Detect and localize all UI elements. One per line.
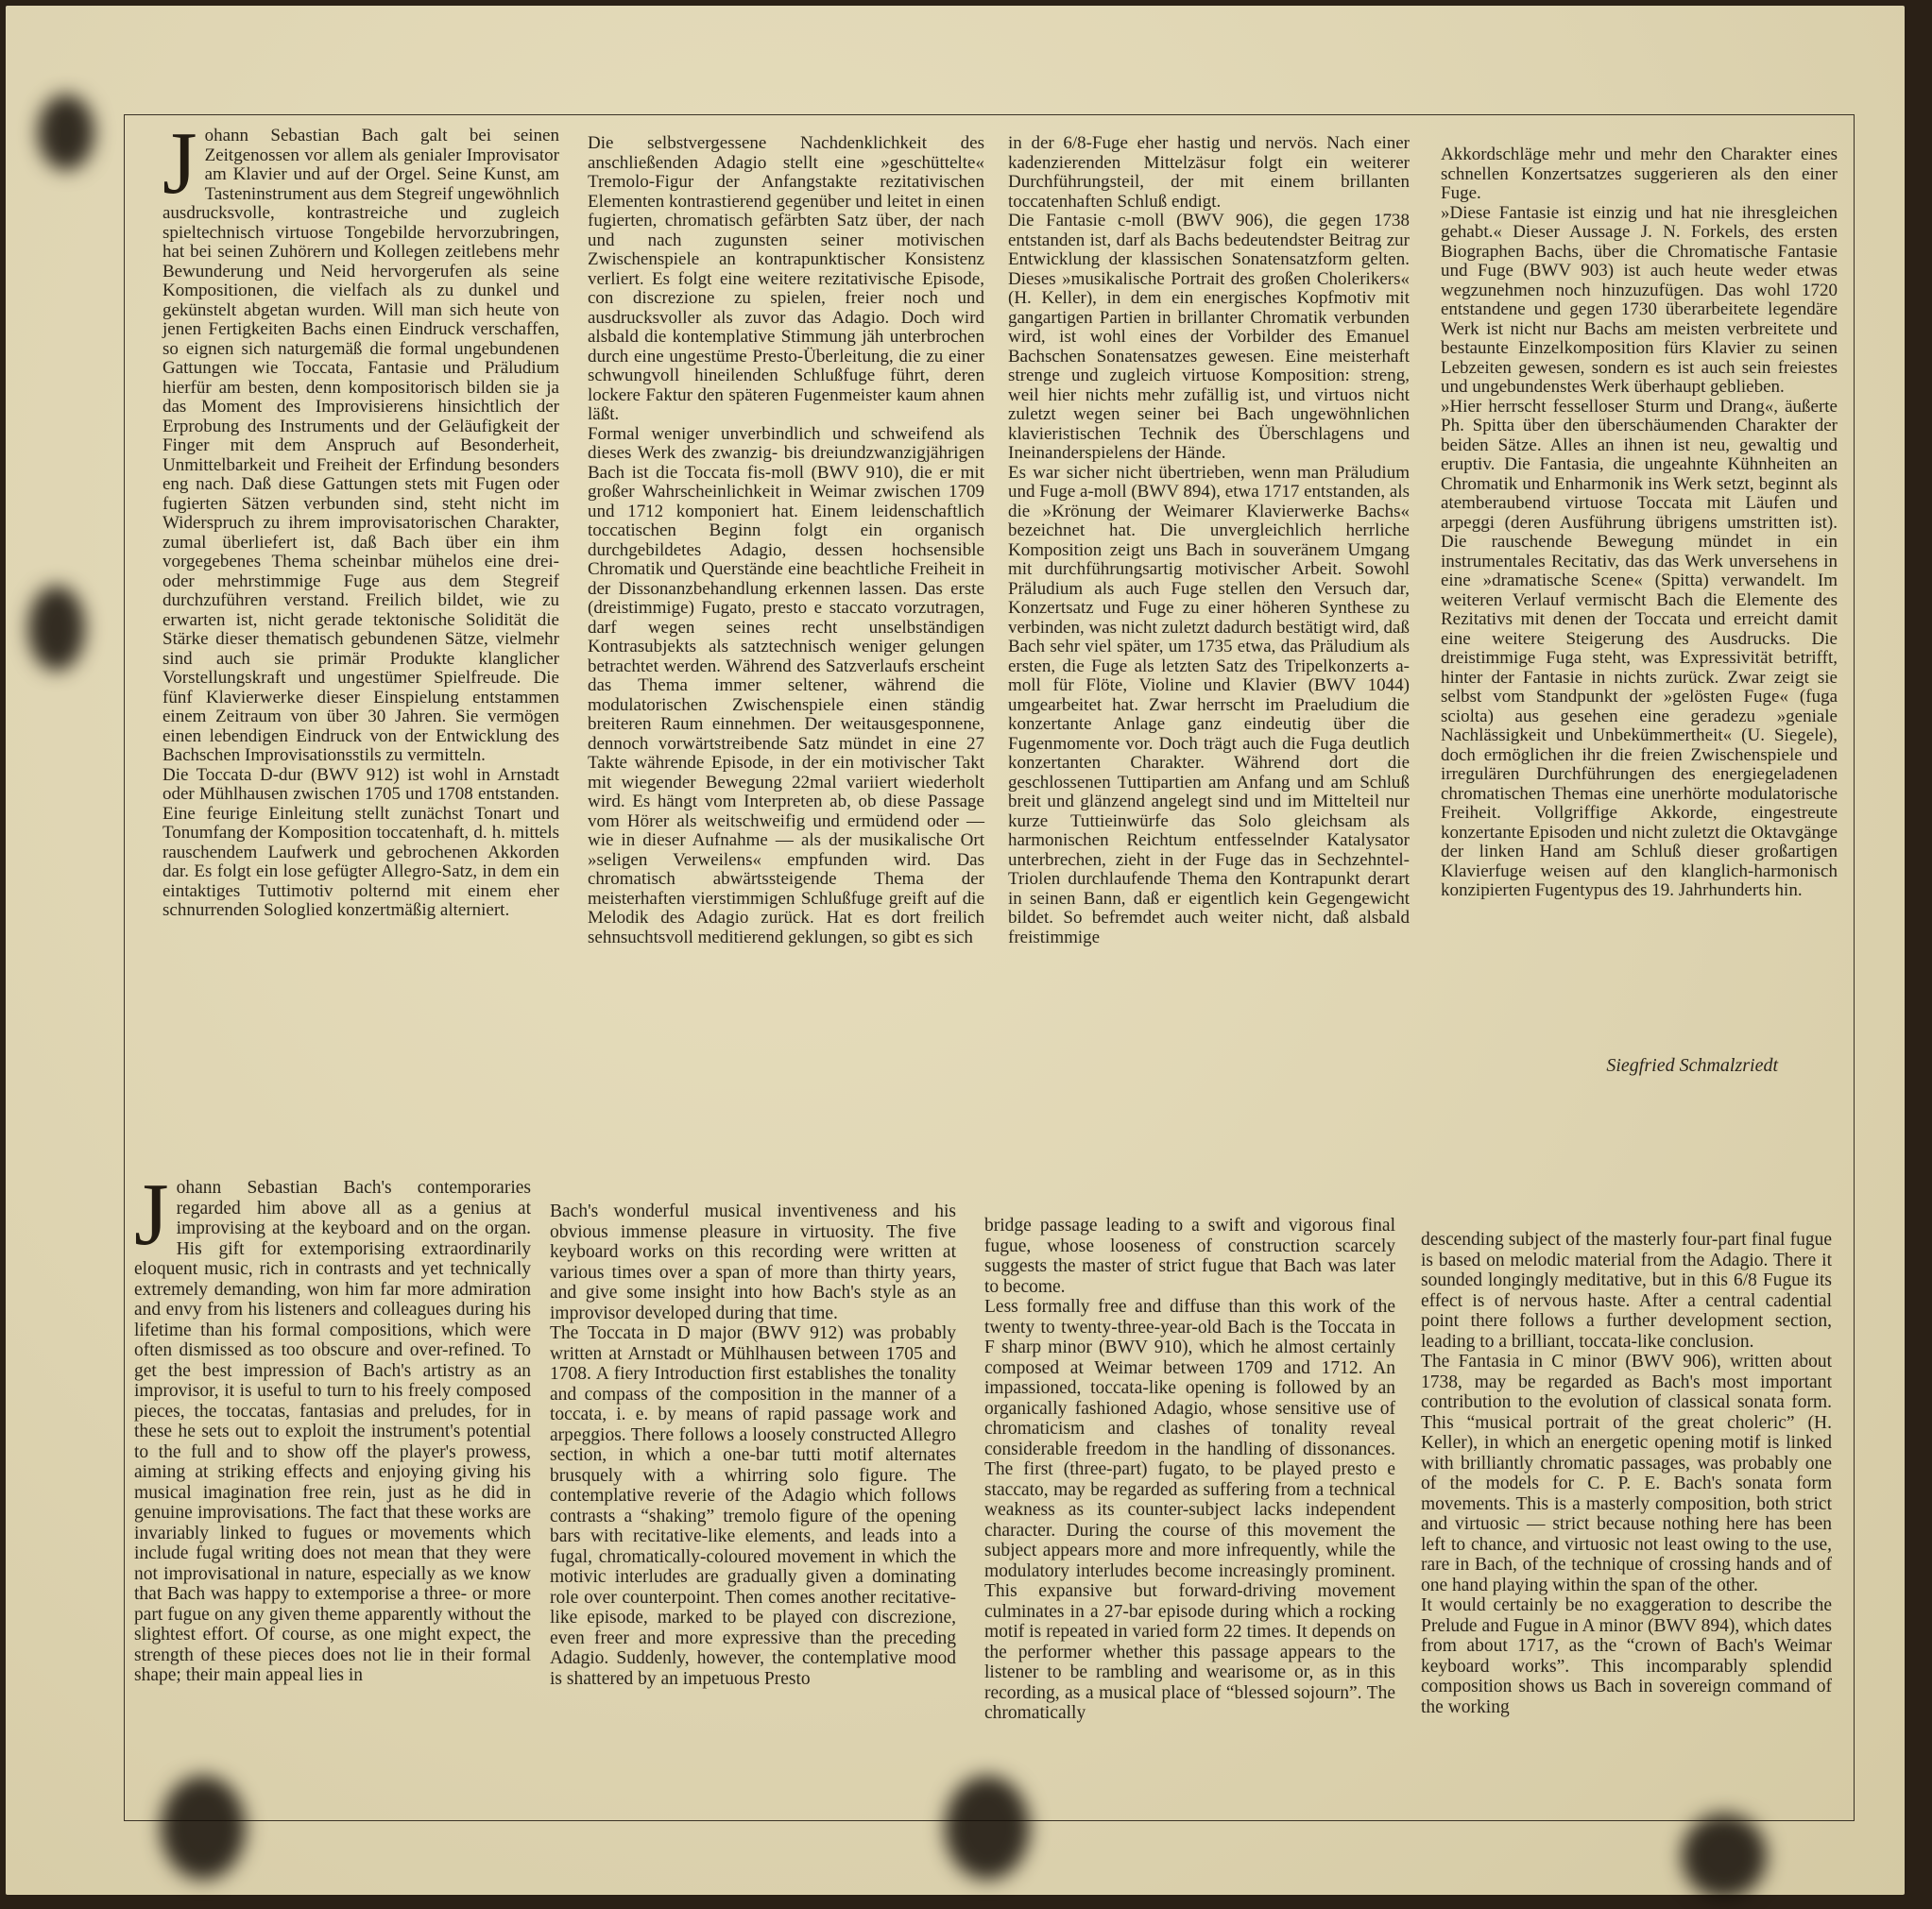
german-column-2: Die selbstvergessene Nachdenklichkeit de… bbox=[588, 134, 984, 947]
paragraph: Bach's wonderful musical inventiveness a… bbox=[550, 1202, 956, 1323]
paragraph: The Fantasia in C minor (BWV 906), writt… bbox=[1421, 1352, 1832, 1595]
paragraph: bridge passage leading to a swift and vi… bbox=[984, 1216, 1395, 1297]
english-column-3: bridge passage leading to a swift and vi… bbox=[984, 1216, 1395, 1724]
author-signature: Siegfried Schmalzriedt bbox=[1606, 1055, 1778, 1077]
clip-shadow bbox=[945, 1776, 1030, 1880]
paragraph: Es war sicher nicht übertrieben, wenn ma… bbox=[1008, 464, 1410, 948]
paragraph: »Hier herrscht fesselloser Sturm und Dra… bbox=[1441, 398, 1838, 901]
paragraph: Die Fantasie c-moll (BWV 906), die gegen… bbox=[1008, 212, 1410, 464]
paragraph: Formal weniger unverbindlich und schweif… bbox=[588, 425, 984, 948]
paragraph: Johann Sebastian Bach's contemporaries r… bbox=[134, 1178, 531, 1686]
english-column-2: Bach's wonderful musical inventiveness a… bbox=[550, 1202, 956, 1689]
drop-cap: J bbox=[134, 1180, 169, 1250]
paragraph: Die selbstvergessene Nachdenklichkeit de… bbox=[588, 134, 984, 425]
clip-shadow bbox=[38, 94, 94, 170]
clip-shadow bbox=[1682, 1814, 1767, 1899]
german-column-4: Akkordschläge mehr und mehr den Charakte… bbox=[1441, 145, 1838, 901]
paragraph: descending subject of the masterly four-… bbox=[1421, 1230, 1832, 1352]
english-column-1: Johann Sebastian Bach's contemporaries r… bbox=[134, 1178, 531, 1686]
paragraph: Die Toccata D-dur (BWV 912) ist wohl in … bbox=[162, 766, 559, 921]
paragraph: The Toccata in D major (BWV 912) was pro… bbox=[550, 1323, 956, 1689]
german-column-1: Johann Sebastian Bach galt bei seinen Ze… bbox=[162, 127, 559, 921]
liner-notes-frame: Johann Sebastian Bach galt bei seinen Ze… bbox=[124, 114, 1855, 1821]
clip-shadow bbox=[28, 586, 85, 671]
record-sleeve-back: Johann Sebastian Bach galt bei seinen Ze… bbox=[6, 6, 1905, 1895]
english-column-4: descending subject of the masterly four-… bbox=[1421, 1230, 1832, 1717]
german-column-3: in der 6/8-Fuge eher hastig und nervös. … bbox=[1008, 134, 1410, 947]
clip-shadow bbox=[161, 1776, 246, 1880]
paragraph: »Diese Fantasie ist einzig und hat nie i… bbox=[1441, 204, 1838, 398]
paragraph: Johann Sebastian Bach galt bei seinen Ze… bbox=[162, 127, 559, 766]
paragraph: Akkordschläge mehr und mehr den Charakte… bbox=[1441, 145, 1838, 204]
paragraph: in der 6/8-Fuge eher hastig und nervös. … bbox=[1008, 134, 1410, 212]
paragraph: Less formally free and diffuse than this… bbox=[984, 1297, 1395, 1724]
drop-cap: J bbox=[162, 128, 197, 198]
paragraph: It would certainly be no exaggeration to… bbox=[1421, 1595, 1832, 1717]
